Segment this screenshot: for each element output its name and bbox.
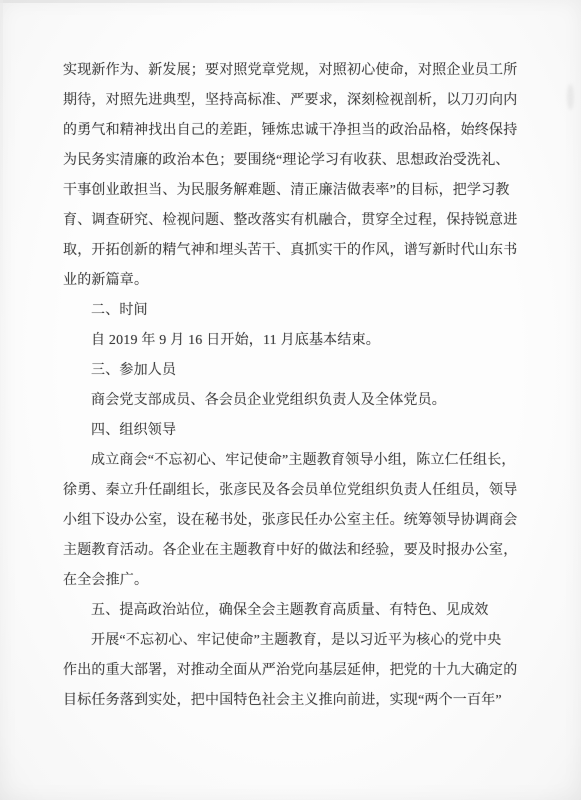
text-line: 的勇气和精神找出自己的差距，锤炼忠诚干净担当的政治品格，始终保持 xyxy=(63,116,519,146)
scan-top-edge-artifact xyxy=(0,0,581,3)
text-line: 作出的重大部署，对推动全面从严治党向基层延伸，把党的十九大确定的 xyxy=(63,656,519,686)
text-line: 开展“不忘初心、牢记使命”主题教育，是以习近平为核心的党中央 xyxy=(63,626,519,656)
text-line: 主题教育活动。各企业在主题教育中好的做法和经验，要及时报办公室， xyxy=(63,536,519,566)
text-line: 五、提高政治站位，确保全会主题教育高质量、有特色、见成效 xyxy=(63,596,519,626)
text-line: 小组下设办公室，设在秘书处，张彦民任办公室主任。统筹领导协调商会 xyxy=(63,506,519,536)
text-line: 二、时间 xyxy=(63,296,519,326)
document-text-block: 实现新作为、新发展；要对照党章党规，对照初心使命，对照企业员工所期待，对照先进典… xyxy=(63,56,519,716)
text-line: 为民务实清廉的政治本色；要围绕“理论学习有收获、思想政治受洗礼、 xyxy=(63,146,519,176)
text-line: 成立商会“不忘初心、牢记使命”主题教育领导小组，陈立仁任组长， xyxy=(63,446,519,476)
text-line: 目标任务落到实处，把中国特色社会主义推向前进，实现“两个一百年” xyxy=(63,686,519,716)
text-line: 业的新篇章。 xyxy=(63,266,519,296)
text-line: 取，开拓创新的精气神和埋头苦干、真抓实干的作风，谱写新时代山东书 xyxy=(63,236,519,266)
text-line: 育、调查研究、检视问题、整改落实有机融合，贯穿全过程，保持锐意进 xyxy=(63,206,519,236)
text-line: 自 2019 年 9 月 16 日开始，11 月底基本结束。 xyxy=(63,326,519,356)
scan-left-edge-artifact xyxy=(0,0,3,800)
text-line: 期待，对照先进典型，坚持高标准、严要求，深刻检视剖析，以刀刃向内 xyxy=(63,86,519,116)
text-line: 徐勇、秦立升任副组长，张彦民及各会员单位党组织负责人任组员，领导 xyxy=(63,476,519,506)
text-line: 在全会推广。 xyxy=(63,566,519,596)
text-line: 商会党支部成员、各会员企业党组织负责人及全体党员。 xyxy=(63,386,519,416)
text-line: 三、参加人员 xyxy=(63,356,519,386)
text-line: 四、组织领导 xyxy=(63,416,519,446)
text-line: 干事创业敢担当、为民服务解难题、清正廉洁做表率”的目标，把学习教 xyxy=(63,176,519,206)
scan-smudge-artifact xyxy=(567,84,574,110)
scanned-document-page: 实现新作为、新发展；要对照党章党规，对照初心使命，对照企业员工所期待，对照先进典… xyxy=(0,0,581,800)
text-line: 实现新作为、新发展；要对照党章党规，对照初心使命，对照企业员工所 xyxy=(63,56,519,86)
